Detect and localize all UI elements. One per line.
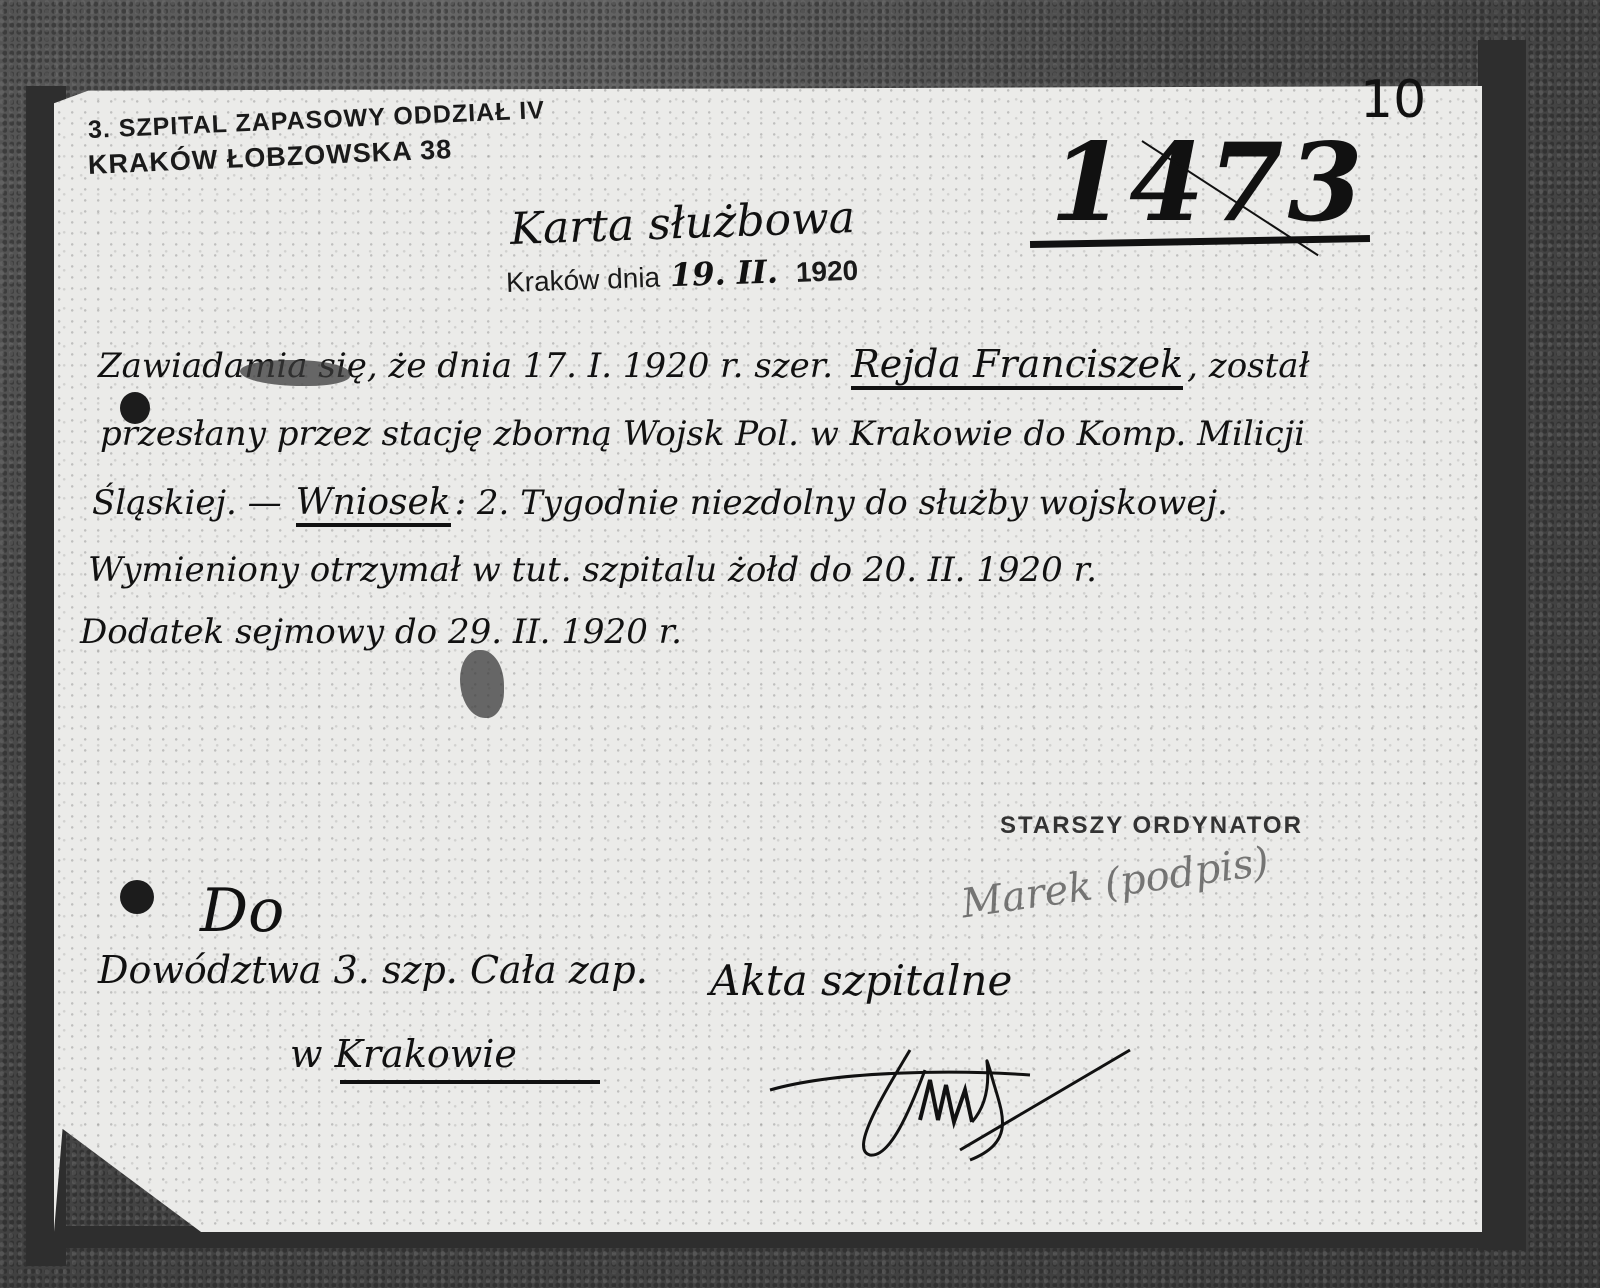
- addressee-line1: Dowództwa 3. szp. Cała zap.: [98, 948, 648, 992]
- punch-hole-top: [120, 392, 150, 424]
- date-prefix: Kraków dnia: [506, 262, 661, 298]
- handwritten-signature: [760, 1030, 1140, 1170]
- signature-flourish-icon: [760, 1030, 1140, 1170]
- body-line-4: Wymieniony otrzymał w tut. szpitalu żołd…: [88, 550, 1097, 590]
- date-handwritten: 19. II.: [669, 253, 778, 295]
- punch-hole-bottom: [120, 880, 154, 914]
- signatory-stamp: STARSZY ORDYNATOR: [1000, 812, 1303, 840]
- addressee-to: Do: [200, 876, 284, 946]
- body-text-cont: , został: [1187, 346, 1309, 386]
- hospital-files-note: Akta szpitalne: [710, 956, 1012, 1005]
- body-text: Zawiadamia się, że dnia 17. I. 1920 r. s…: [98, 346, 833, 386]
- conclusion-label: Wniosek: [296, 482, 451, 527]
- body-line-2: przesłany przez stację zborną Wojsk Pol.…: [100, 414, 1305, 454]
- conclusion-text: : 2. Tygodnie niezdolny do służby wojsko…: [455, 483, 1228, 523]
- body-line-5: Dodatek sejmowy do 29. II. 1920 r.: [80, 612, 682, 652]
- date-year: 1920: [795, 255, 858, 288]
- body-line-3: Śląskiej. — Wniosek : 2. Tygodnie niezdo…: [92, 482, 1228, 523]
- addressee-underline: [340, 1080, 600, 1084]
- body-text: Śląskiej. —: [92, 483, 282, 523]
- soldier-name: Rejda Franciszek: [851, 342, 1183, 390]
- addressee-line2: w Krakowie: [290, 1032, 517, 1076]
- paper-shadow-right: [1478, 40, 1526, 1250]
- reference-number-block: 1473: [1030, 120, 1370, 260]
